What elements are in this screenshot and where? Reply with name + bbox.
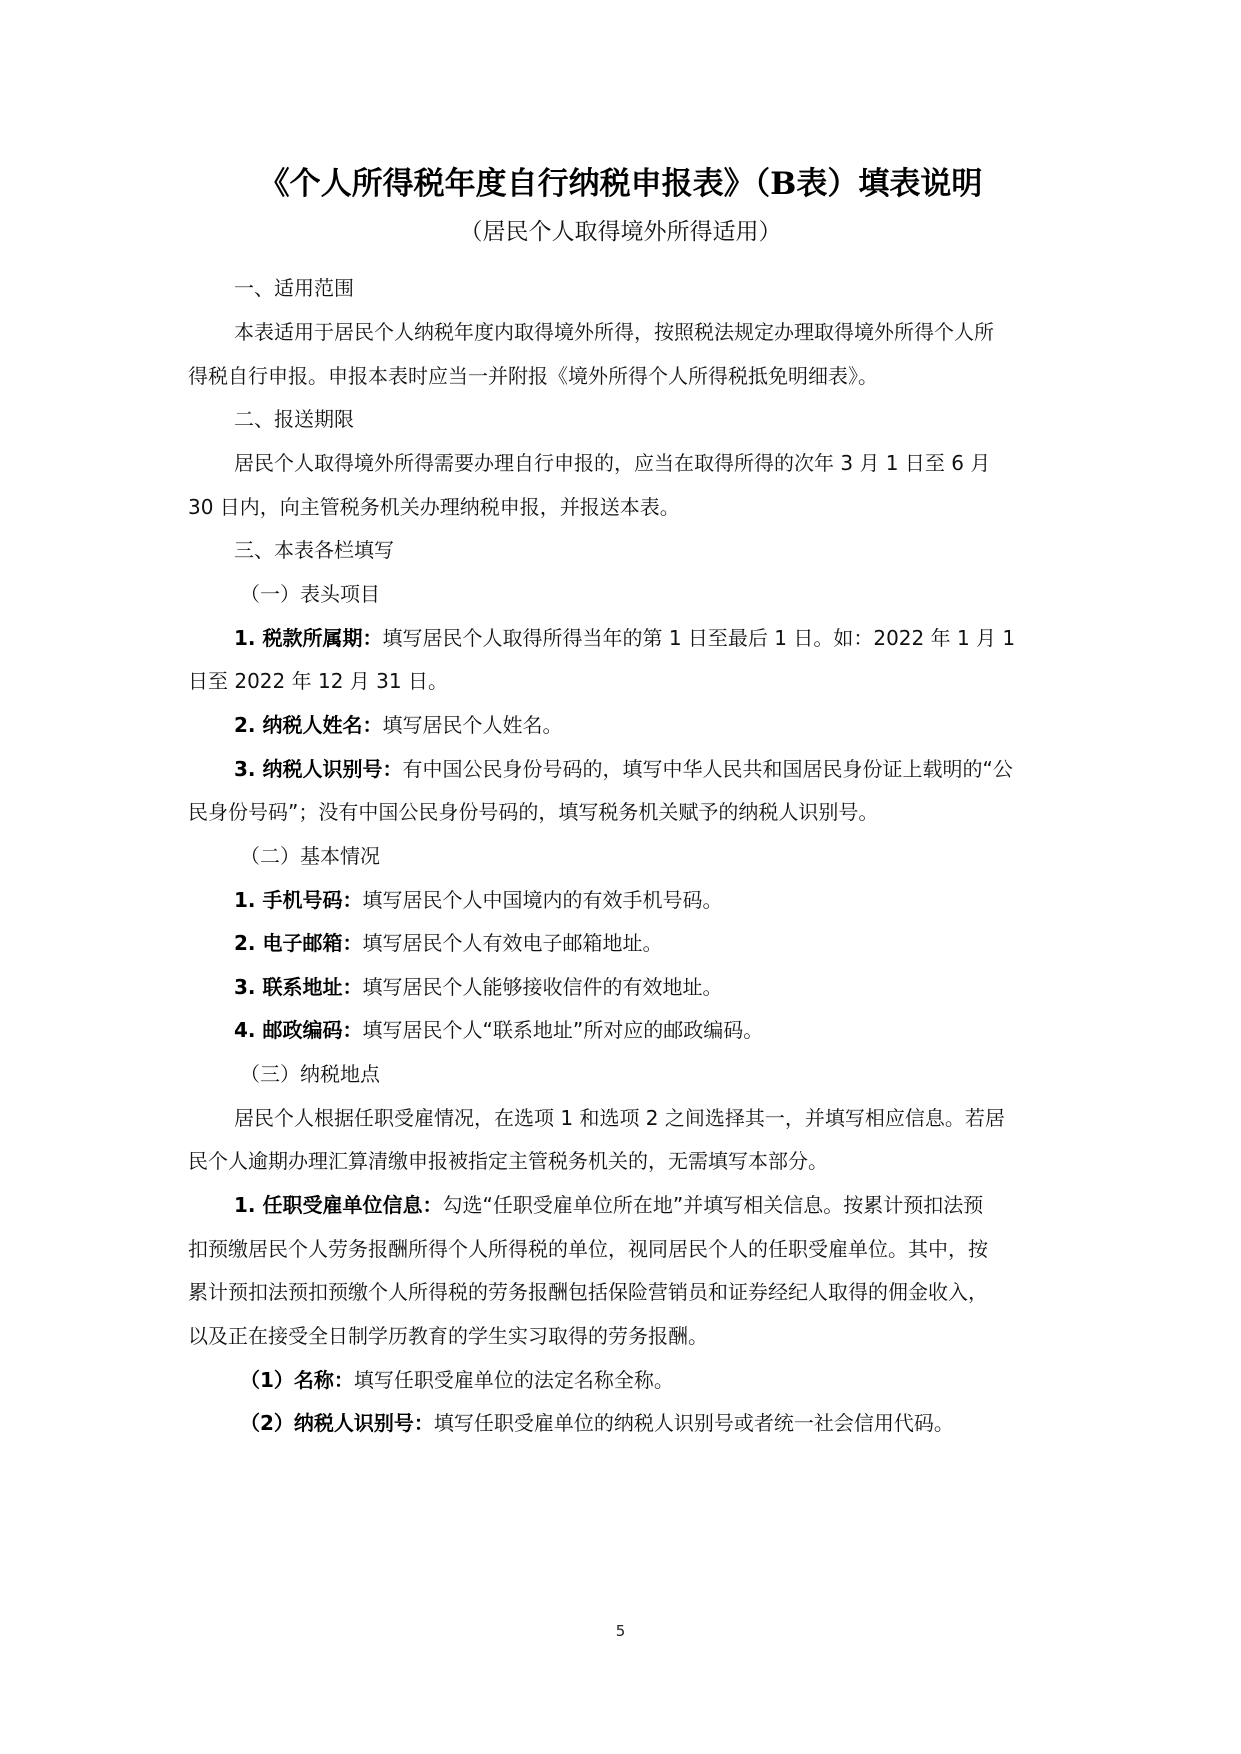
item-label: （1）名称： (240, 1368, 354, 1392)
item-label: 2. 电子邮箱： (234, 931, 362, 955)
item-label: 1. 任职受雇单位信息： (234, 1193, 442, 1217)
item-text: 填写任职受雇单位的法定名称全称。 (354, 1368, 674, 1392)
item-label: （2）纳税人识别号： (240, 1411, 434, 1435)
item-label: 4. 邮政编码： (234, 1018, 362, 1042)
subitem-taxpayer-id: （2）纳税人识别号：填写任职受雇单位的纳税人识别号或者统一社会信用代码。 (240, 1409, 954, 1437)
item-continuation: 民身份号码”；没有中国公民身份号码的，填写税务机关赋予的纳税人识别号。 (188, 798, 878, 826)
page-number: 5 (0, 1622, 1241, 1640)
subsection-heading-header-items: （一）表头项目 (240, 580, 380, 608)
item-text: 填写居民个人姓名。 (382, 713, 562, 737)
item-label: 3. 纳税人识别号： (234, 757, 402, 781)
item-label: 1. 税款所属期： (234, 626, 382, 650)
item-text: 填写居民个人能够接收信件的有效地址。 (362, 975, 722, 999)
item-text: 填写居民个人有效电子邮箱地址。 (362, 931, 662, 955)
item-mobile: 1. 手机号码：填写居民个人中国境内的有效手机号码。 (234, 886, 722, 914)
item-continuation: 扣预缴居民个人劳务报酬所得个人所得税的单位，视同居民个人的任职受雇单位。其中，按 (188, 1235, 988, 1263)
item-employer-info: 1. 任职受雇单位信息：勾选“任职受雇单位所在地”并填写相关信息。按累计预扣法预 (234, 1191, 983, 1219)
item-label: 2. 纳税人姓名： (234, 713, 382, 737)
paragraph-line: 30 日内，向主管税务机关办理纳税申报，并报送本表。 (188, 493, 680, 521)
item-continuation: 以及正在接受全日制学历教育的学生实习取得的劳务报酬。 (188, 1322, 708, 1350)
subsection-heading-tax-location: （三）纳税地点 (240, 1060, 380, 1088)
subsection-heading-basic-info: （二）基本情况 (240, 842, 380, 870)
item-text: 填写任职受雇单位的纳税人识别号或者统一社会信用代码。 (434, 1411, 954, 1435)
document-page: 《个人所得税年度自行纳税申报表》（B表）填表说明 （居民个人取得境外所得适用） … (0, 0, 1241, 1754)
document-title: 《个人所得税年度自行纳税申报表》（B表）填表说明 (0, 158, 1241, 203)
section-heading-deadline: 二、报送期限 (234, 405, 354, 433)
item-label: 3. 联系地址： (234, 975, 362, 999)
item-label: 1. 手机号码： (234, 888, 362, 912)
section-heading-fields: 三、本表各栏填写 (234, 536, 394, 564)
item-email: 2. 电子邮箱：填写居民个人有效电子邮箱地址。 (234, 929, 662, 957)
item-continuation: 累计预扣法预扣预缴个人所得税的劳务报酬包括保险营销员和证券经纪人取得的佣金收入， (188, 1278, 988, 1306)
paragraph-line: 居民个人根据任职受雇情况，在选项 1 和选项 2 之间选择其一，并填写相应信息。… (234, 1104, 1005, 1132)
document-subtitle: （居民个人取得境外所得适用） (0, 213, 1241, 246)
paragraph-line: 居民个人取得境外所得需要办理自行申报的，应当在取得所得的次年 3 月 1 日至 … (234, 449, 990, 477)
paragraph-line: 本表适用于居民个人纳税年度内取得境外所得，按照税法规定办理取得境外所得个人所 (234, 318, 994, 346)
item-text: 填写居民个人中国境内的有效手机号码。 (362, 888, 722, 912)
item-tax-period: 1. 税款所属期：填写居民个人取得所得当年的第 1 日至最后 1 日。如：202… (234, 624, 1015, 652)
subitem-name: （1）名称：填写任职受雇单位的法定名称全称。 (240, 1366, 674, 1394)
item-continuation: 日至 2022 年 12 月 31 日。 (188, 667, 448, 695)
paragraph-line: 民个人逾期办理汇算清缴申报被指定主管税务机关的，无需填写本部分。 (188, 1147, 828, 1175)
item-taxpayer-name: 2. 纳税人姓名：填写居民个人姓名。 (234, 711, 562, 739)
item-taxpayer-id: 3. 纳税人识别号：有中国公民身份号码的，填写中华人民共和国居民身份证上载明的“… (234, 755, 1013, 783)
item-text: 有中国公民身份号码的，填写中华人民共和国居民身份证上载明的“公 (402, 757, 1012, 781)
paragraph-line: 得税自行申报。申报本表时应当一并附报《境外所得个人所得税抵免明细表》。 (188, 362, 878, 390)
item-text: 填写居民个人“联系地址”所对应的邮政编码。 (362, 1018, 763, 1042)
item-text: 填写居民个人取得所得当年的第 1 日至最后 1 日。如：2022 年 1 月 1 (382, 626, 1015, 650)
item-text: 勾选“任职受雇单位所在地”并填写相关信息。按累计预扣法预 (442, 1193, 983, 1217)
item-address: 3. 联系地址：填写居民个人能够接收信件的有效地址。 (234, 973, 722, 1001)
section-heading-scope: 一、适用范围 (234, 274, 354, 302)
item-postcode: 4. 邮政编码：填写居民个人“联系地址”所对应的邮政编码。 (234, 1016, 763, 1044)
